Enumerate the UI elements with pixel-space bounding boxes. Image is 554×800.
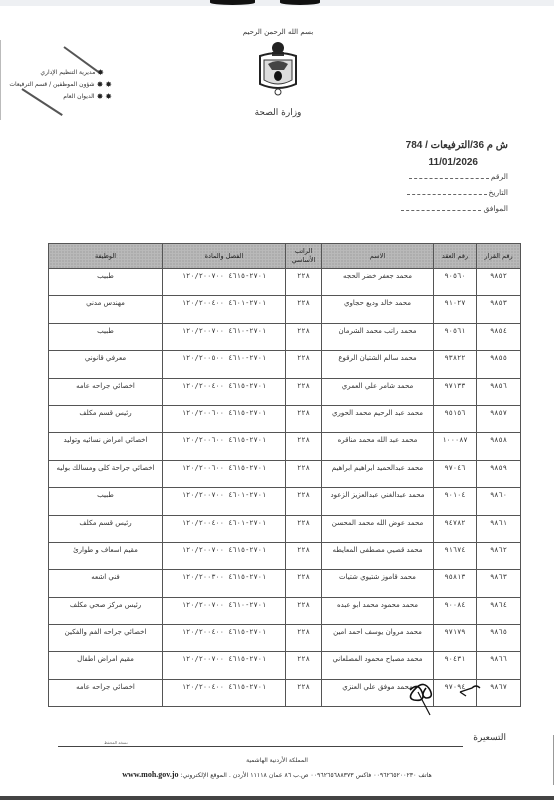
name-cell: محمد عبد الله محمد مناقره [322, 433, 434, 460]
job-cell: اخصائي جراحه عامه [49, 679, 163, 706]
contract-no-cell: ٩٠٤٣١ [434, 652, 477, 679]
field-date: التاريخ [407, 188, 508, 197]
chapter-cell: ٢٧٠١-٤٦١٠ ١٢٠/٢٠٠٧٠٠ [163, 597, 286, 624]
basic-salary-cell: ٢٢٨ [286, 625, 322, 652]
decision-no-cell: ٩٨٥٣ [477, 296, 521, 323]
signature-icon [400, 680, 490, 730]
chapter-cell: ٢٧٠١-٤٦١٥ ١٢٠/٢٠٠٧٠٠ [163, 652, 286, 679]
scan-top-edge [0, 0, 554, 6]
contract-no-cell: ٩٠١٠٤ [434, 488, 477, 515]
header-contract-no: رقم العقد [434, 244, 477, 269]
scan-artifact [280, 0, 320, 5]
name-cell: محمد عبدالحميد ابراهيم ابراهيم [322, 460, 434, 487]
star-icon: ✸ [97, 68, 104, 77]
basic-salary-cell: ٢٢٨ [286, 351, 322, 378]
name-cell: محمد قصيي مصطفى المعايطه [322, 542, 434, 569]
table-row: ٩٨٥٧ ٩٥١٥٦ محمد عبد الرحيم محمد الحوري ٢… [49, 405, 521, 432]
decision-no-cell: ٩٨٥٤ [477, 323, 521, 350]
field-corresponding: الموافق [401, 204, 508, 213]
job-cell: مقيم اسعاف و طوارئ [49, 542, 163, 569]
chapter-cell: ٢٧٠١-٤٦١٥ ١٢٠/٢٠٠٦٠٠ [163, 405, 286, 432]
decision-no-cell: ٩٨٦٠ [477, 488, 521, 515]
chapter-cell: ٢٧٠١-٤٦١٥ ١٢٠/٢٠٠٤٠٠ [163, 625, 286, 652]
contract-no-cell: ٩٠٥٦١ [434, 323, 477, 350]
basic-salary-cell: ٢٢٨ [286, 433, 322, 460]
job-cell: مقيم امراض اطفال [49, 652, 163, 679]
decision-no-cell: ٩٨٦٦ [477, 652, 521, 679]
contract-no-cell: ٩٧١٧٩ [434, 625, 477, 652]
chapter-cell: ٢٧٠١-٤٦١٥ ١٢٠/٢٠٠٦٠٠ [163, 460, 286, 487]
job-cell: مهندس مدني [49, 296, 163, 323]
chapter-cell: ٢٧٠١-٤٦١٥ ١٢٠/٢٠٠٧٠٠ [163, 269, 286, 296]
chapter-cell: ٢٧٠١-٤٦٠١ ١٢٠/٢٠٠٤٠٠ [163, 296, 286, 323]
footer-divider [58, 746, 463, 747]
department-stamp: ✸ مديرية التنظيم الإداري ✸ ✸ شؤون الموظف… [22, 40, 112, 110]
table-row: ٩٨٦٠ ٩٠١٠٤ محمد عبدالغني عبدالعزيز الزعو… [49, 488, 521, 515]
decision-no-cell: ٩٨٥٦ [477, 378, 521, 405]
name-cell: محمد قاموز شتيوي شتيات [322, 570, 434, 597]
letterhead: بسم الله الرحمن الرحيم وزارة الصحة [238, 28, 318, 118]
name-cell: محمد عبد الرحيم محمد الحوري [322, 405, 434, 432]
basic-salary-cell: ٢٢٨ [286, 652, 322, 679]
table-row: ٩٨٥٢ ٩٠٥٦٠ محمد جعفر خضر الحجه ٢٢٨ ٢٧٠١-… [49, 269, 521, 296]
table-row: ٩٨٥٨ ١٠٠٠٨٧ محمد عبد الله محمد مناقره ٢٢… [49, 433, 521, 460]
scan-artifact [210, 0, 255, 5]
job-cell: طبيب [49, 323, 163, 350]
scan-bottom-edge [0, 796, 554, 800]
contract-no-cell: ٩٠٥٦٠ [434, 269, 477, 296]
stamp-line: مديرية التنظيم الإداري [40, 69, 95, 76]
footer-kingdom: المملكة الأردنية الهاشمية [0, 757, 554, 764]
star-icon: ✸ [105, 80, 112, 89]
contract-no-cell: ٩٤٧٨٢ [434, 515, 477, 542]
table-row: ٩٨٥٣ ٩١٠٢٧ محمد خالد وديع حجاوي ٢٢٨ ٢٧٠١… [49, 296, 521, 323]
decision-no-cell: ٩٨٦٤ [477, 597, 521, 624]
job-cell: اخصائي امراض نسائيه وتوليد [49, 433, 163, 460]
star-icon: ✸ [97, 92, 104, 101]
job-cell: رئيس قسم مكلف [49, 405, 163, 432]
basic-salary-cell: ٢٢٨ [286, 570, 322, 597]
job-cell: اخصائي جراحه عامه [49, 378, 163, 405]
contract-no-cell: ٩٧٠٤٦ [434, 460, 477, 487]
header-basic-salary: الراتب الأساسي [286, 244, 322, 269]
chapter-cell: ٢٧٠١-٤٦١٥ ١٢٠/٢٠٠٦٠٠ [163, 433, 286, 460]
name-cell: محمد راتب محمد الشرمان [322, 323, 434, 350]
name-cell: محمد سالم الشتيان الرقوع [322, 351, 434, 378]
table-row: ٩٨٦٣ ٩٥٨١٣ محمد قاموز شتيوي شتيات ٢٢٨ ٢٧… [49, 570, 521, 597]
scan-edge [0, 40, 1, 120]
decision-no-cell: ٩٨٥٢ [477, 269, 521, 296]
decision-no-cell: ٩٨٥٨ [477, 433, 521, 460]
basic-salary-cell: ٢٢٨ [286, 542, 322, 569]
decision-no-cell: ٩٨٥٧ [477, 405, 521, 432]
promotions-table: رقم القرار رقم العقد الاسم الراتب الأساس… [48, 243, 521, 707]
decision-no-cell: ٩٨٦٥ [477, 625, 521, 652]
name-cell: محمد مصباح محمود المصلعاني [322, 652, 434, 679]
table-row: ٩٨٥٥ ٩٣٨٢٢ محمد سالم الشتيان الرقوع ٢٢٨ … [49, 351, 521, 378]
job-cell: طبيب [49, 488, 163, 515]
table-row: ٩٨٦١ ٩٤٧٨٢ محمد عوض الله محمد المحسن ٢٢٨… [49, 515, 521, 542]
job-cell: رئيس مركز صحي مكلف [49, 597, 163, 624]
contract-no-cell: ٩٥١٥٦ [434, 405, 477, 432]
chapter-cell: ٢٧٠١-٤٦١٥ ١٢٠/٢٠٠٣٠٠ [163, 570, 286, 597]
name-cell: محمد خالد وديع حجاوي [322, 296, 434, 323]
stamp-line: الديوان العام [63, 93, 94, 100]
name-cell: محمد محمود محمد ابو عبده [322, 597, 434, 624]
table-row: ٩٨٥٩ ٩٧٠٤٦ محمد عبدالحميد ابراهيم ابراهي… [49, 460, 521, 487]
job-cell: فني اشعه [49, 570, 163, 597]
basic-salary-cell: ٢٢٨ [286, 296, 322, 323]
basic-salary-cell: ٢٢٨ [286, 323, 322, 350]
contract-no-cell: ٩٠٠٨٤ [434, 597, 477, 624]
decision-no-cell: ٩٨٦٣ [477, 570, 521, 597]
reference-date: 11/01/2026 [378, 157, 478, 168]
cc-label: التسعيرة [473, 733, 506, 743]
reference-block: ش م 36/الترفيعات / 784 11/01/2026 الرقم … [378, 140, 508, 220]
decision-no-cell: ٩٨٦١ [477, 515, 521, 542]
decision-no-cell: ٩٨٥٩ [477, 460, 521, 487]
star-icon: ✸ [105, 92, 112, 101]
basic-salary-cell: ٢٢٨ [286, 597, 322, 624]
contract-no-cell: ٩١٦٧٤ [434, 542, 477, 569]
jordan-coat-of-arms-icon [256, 40, 300, 100]
header-decision-no: رقم القرار [477, 244, 521, 269]
basic-salary-cell: ٢٢٨ [286, 488, 322, 515]
basic-salary-cell: ٢٢٨ [286, 405, 322, 432]
header-job: الوظيفة [49, 244, 163, 269]
basic-salary-cell: ٢٢٨ [286, 378, 322, 405]
ministry-name: وزارة الصحة [238, 108, 318, 118]
footer-contact: هاتف ٠٠٩٦٢٦٥٢٠٠٢٣٠ فاكس ٠٠٩٦٢٦٥٦٨٨٣٧٣ ص.… [0, 770, 554, 779]
chapter-cell: ٢٧٠١-٤٦١٥ ١٢٠/٢٠٠٧٠٠ [163, 542, 286, 569]
name-cell: محمد عوض الله محمد المحسن [322, 515, 434, 542]
job-cell: طبيب [49, 269, 163, 296]
name-cell: محمد جعفر خضر الحجه [322, 269, 434, 296]
basic-salary-cell: ٢٢٨ [286, 269, 322, 296]
footer-note: نسخة المحفظ [104, 740, 128, 745]
chapter-cell: ٢٧٠١-٤٦١٠ ١٢٠/٢٠٠٧٠٠ [163, 323, 286, 350]
header-name: الاسم [322, 244, 434, 269]
website-link[interactable]: www.moh.gov.jo [122, 770, 178, 779]
job-cell: معرفي قانوني [49, 351, 163, 378]
contract-no-cell: ٩١٠٢٧ [434, 296, 477, 323]
contact-info: هاتف ٠٠٩٦٢٦٥٢٠٠٢٣٠ فاكس ٠٠٩٦٢٦٥٦٨٨٣٧٣ ص.… [180, 772, 431, 779]
table-row: ٩٨٦٥ ٩٧١٧٩ محمد مروان يوسف احمد امين ٢٢٨… [49, 625, 521, 652]
star-icon: ✸ [97, 80, 104, 89]
reference-number: ش م 36/الترفيعات / 784 [378, 140, 508, 151]
field-number: الرقم [409, 172, 508, 181]
chapter-cell: ٢٧٠١-٤٦٠١ ١٢٠/٢٠٠٤٠٠ [163, 515, 286, 542]
table-row: ٩٨٥٦ ٩٧١٣٣ محمد شامر علي العمري ٢٢٨ ٢٧٠١… [49, 378, 521, 405]
contract-no-cell: ٩٧١٣٣ [434, 378, 477, 405]
contract-no-cell: ٩٣٨٢٢ [434, 351, 477, 378]
basic-salary-cell: ٢٢٨ [286, 460, 322, 487]
name-cell: محمد مروان يوسف احمد امين [322, 625, 434, 652]
job-cell: اخصائي جراحة كلى ومسالك بوليه [49, 460, 163, 487]
job-cell: رئيس قسم مكلف [49, 515, 163, 542]
contract-no-cell: ١٠٠٠٨٧ [434, 433, 477, 460]
chapter-cell: ٢٧٠١-٤٦١٠ ١٢٠/٢٠٠٥٠٠ [163, 351, 286, 378]
name-cell: محمد عبدالغني عبدالعزيز الزعود [322, 488, 434, 515]
decision-no-cell: ٩٨٥٥ [477, 351, 521, 378]
table-header-row: رقم القرار رقم العقد الاسم الراتب الأساس… [49, 244, 521, 269]
chapter-cell: ٢٧٠١-٤٦١٥ ١٢٠/٢٠٠٤٠٠ [163, 378, 286, 405]
basic-salary-cell: ٢٢٨ [286, 515, 322, 542]
basic-salary-cell: ٢٢٨ [286, 679, 322, 706]
basmala: بسم الله الرحمن الرحيم [238, 28, 318, 36]
job-cell: اخصائي جراحه الفم والفكين [49, 625, 163, 652]
chapter-cell: ٢٧٠١-٤٦١٥ ١٢٠/٢٠٠٤٠٠ [163, 679, 286, 706]
stamp-line: شؤون الموظفين / قسم الترفيعات [9, 81, 94, 88]
header-chapter: الفصل والمادة [163, 244, 286, 269]
table-row: ٩٨٦٢ ٩١٦٧٤ محمد قصيي مصطفى المعايطه ٢٢٨ … [49, 542, 521, 569]
chapter-cell: ٢٧٠١-٤٦٠١ ١٢٠/٢٠٠٧٠٠ [163, 488, 286, 515]
table-row: ٩٨٦٦ ٩٠٤٣١ محمد مصباح محمود المصلعاني ٢٢… [49, 652, 521, 679]
table-row: ٩٨٥٤ ٩٠٥٦١ محمد راتب محمد الشرمان ٢٢٨ ٢٧… [49, 323, 521, 350]
table-row: ٩٨٦٤ ٩٠٠٨٤ محمد محمود محمد ابو عبده ٢٢٨ … [49, 597, 521, 624]
contract-no-cell: ٩٥٨١٣ [434, 570, 477, 597]
decision-no-cell: ٩٨٦٢ [477, 542, 521, 569]
stamp-slash [21, 88, 62, 116]
name-cell: محمد شامر علي العمري [322, 378, 434, 405]
